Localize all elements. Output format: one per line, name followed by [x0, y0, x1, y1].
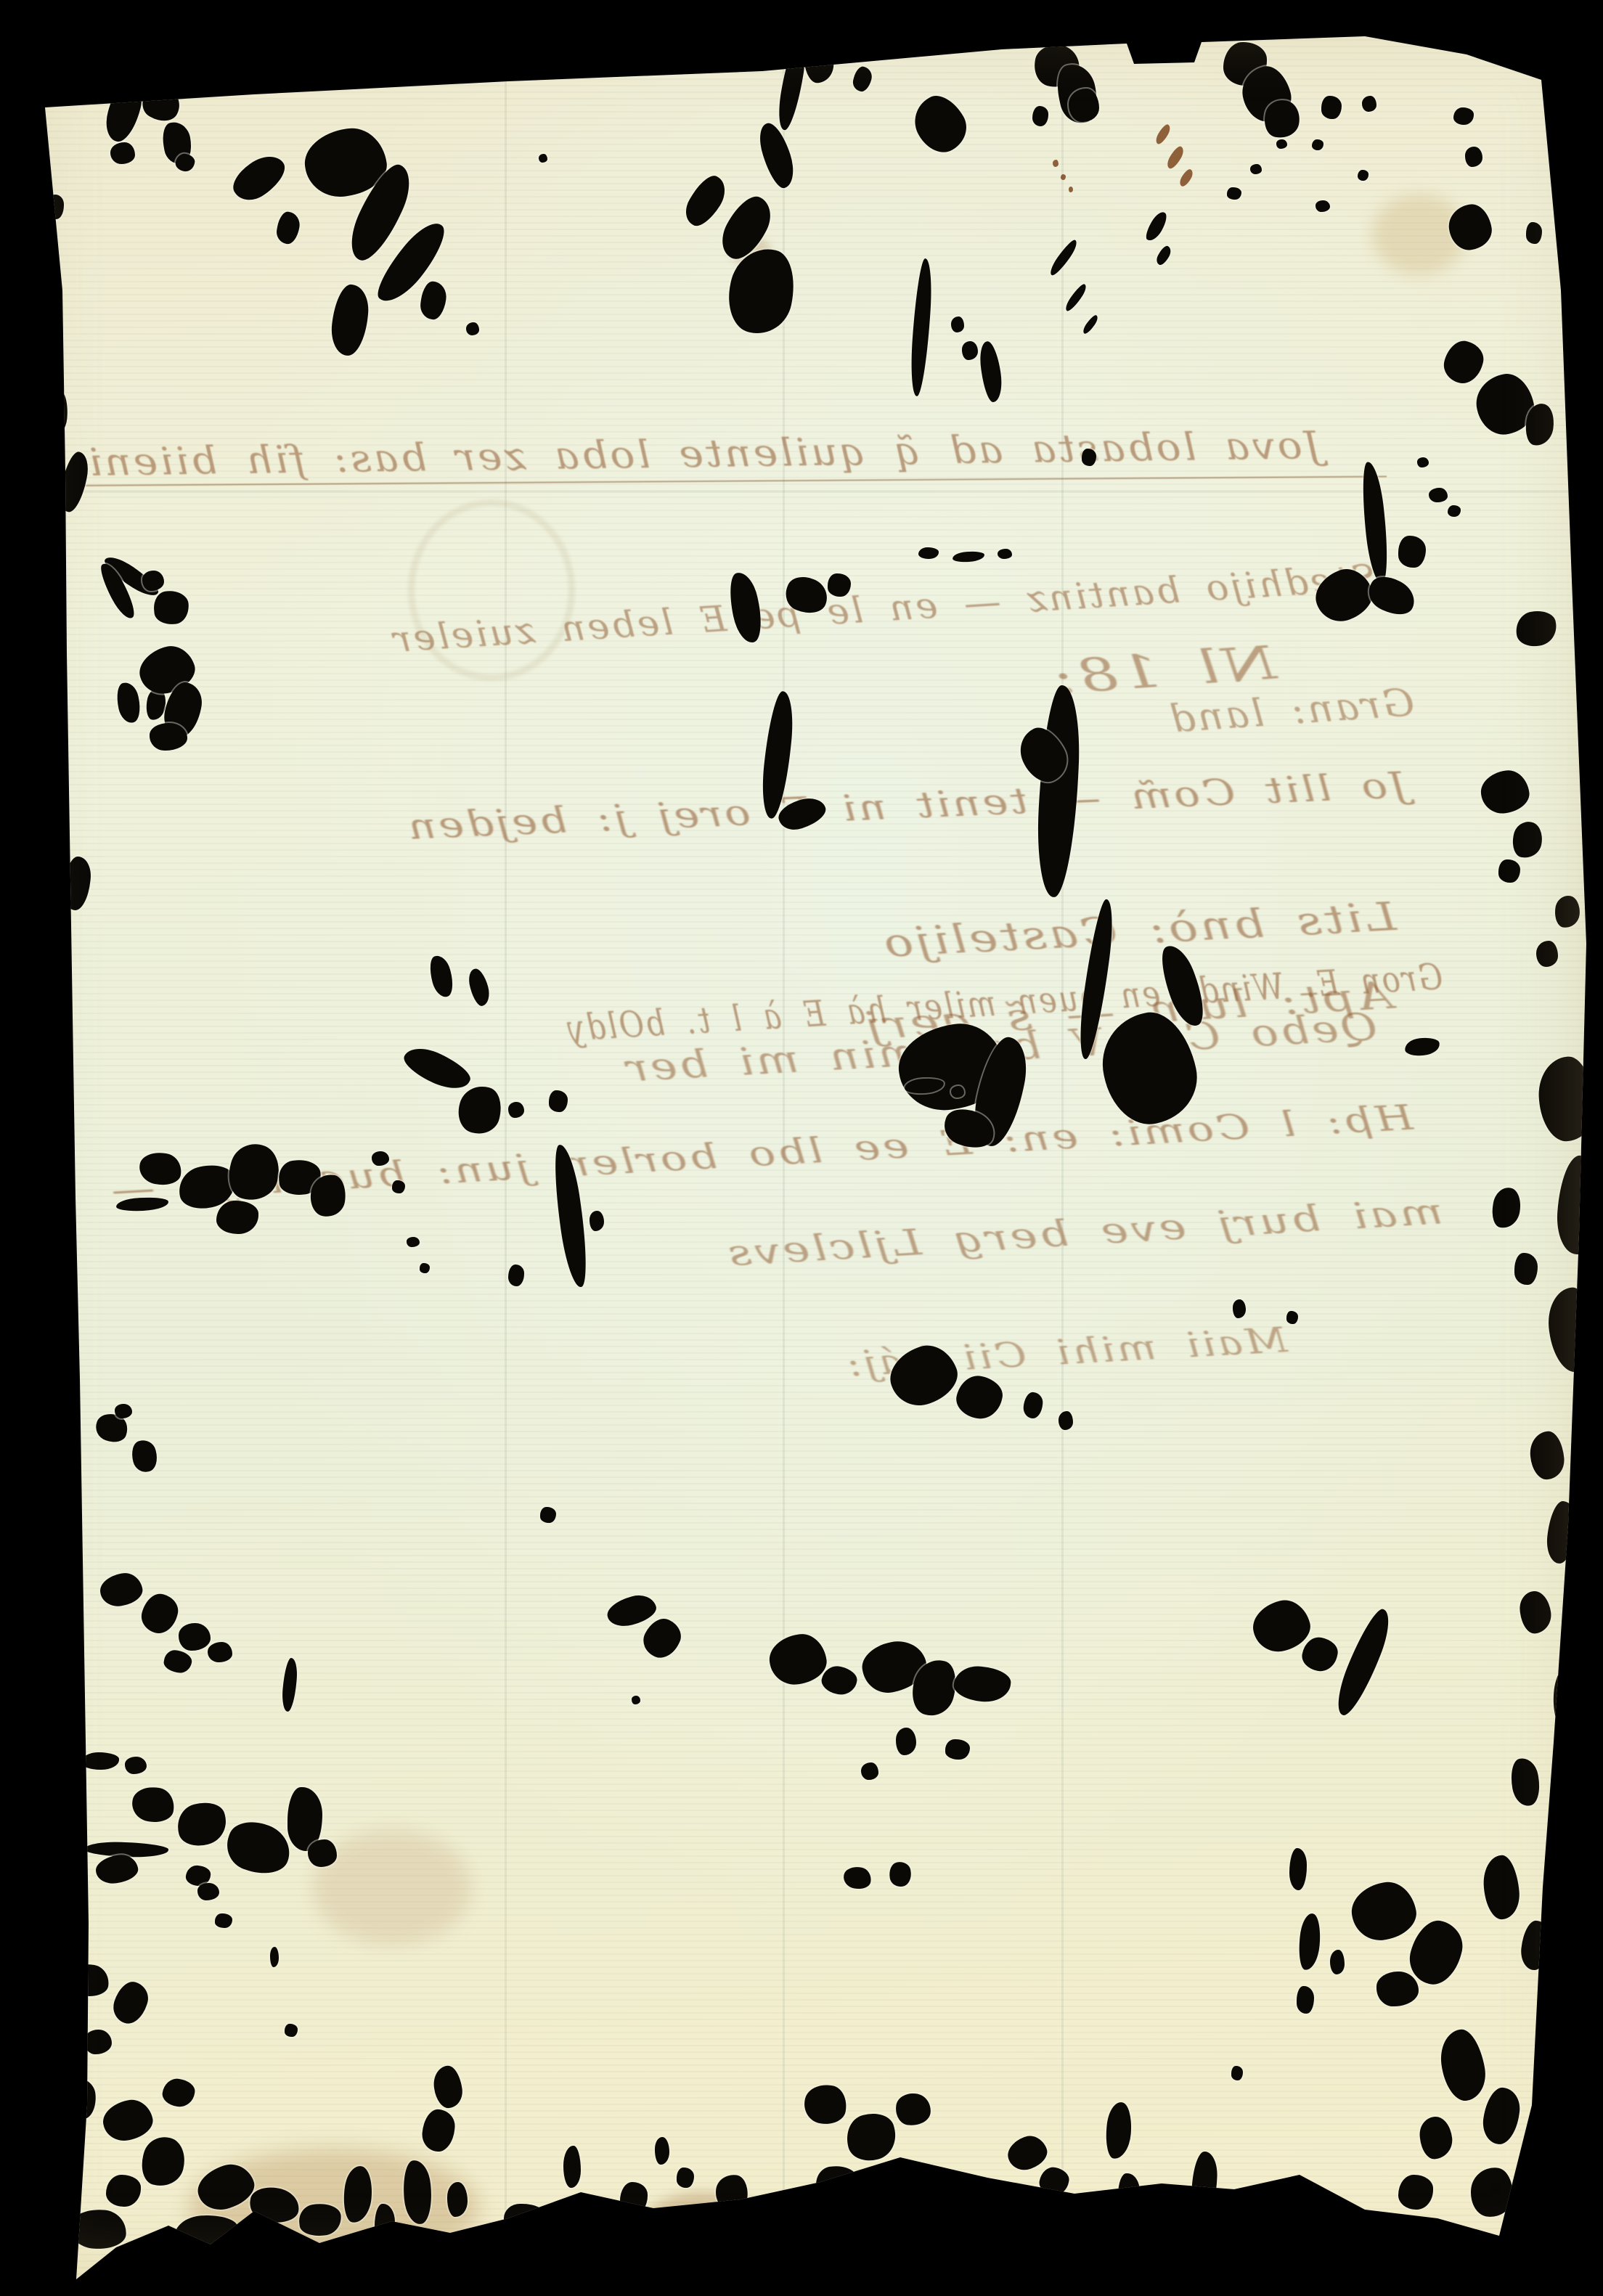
- damage-spot: [1286, 1311, 1298, 1324]
- damage-spot: [68, 2207, 128, 2250]
- damage-spot: [1018, 2240, 1038, 2268]
- damage-spot: [1508, 1756, 1543, 1808]
- damage-spot: [977, 340, 1004, 404]
- damage-spot: [1551, 1660, 1590, 1732]
- rust-speck: [1061, 174, 1066, 180]
- damage-spot: [270, 1947, 279, 1967]
- damage-spot: [803, 39, 836, 83]
- damage-spot: [421, 2108, 457, 2153]
- damage-spot: [864, 2170, 927, 2222]
- damage-spot: [620, 2182, 648, 2214]
- damage-spot: [590, 1211, 604, 1231]
- damage-spot: [466, 322, 479, 335]
- damage-spot: [142, 571, 164, 591]
- damage-spot: [431, 2064, 465, 2110]
- damage-spot: [91, 49, 151, 99]
- damage-spot: [98, 1570, 145, 1609]
- damage-spot: [1362, 96, 1376, 112]
- damage-spot: [743, 2202, 775, 2247]
- damage-spot: [1526, 222, 1542, 244]
- damage-spot: [655, 2137, 669, 2165]
- damage-spot: [767, 1631, 830, 1688]
- damage-spot: [137, 2133, 190, 2191]
- damage-spot: [1559, 1792, 1584, 1834]
- damage-spot: [1227, 187, 1241, 200]
- damage-spot: [106, 2175, 141, 2207]
- damage-spot: [1498, 859, 1520, 883]
- damage-spot: [1037, 2165, 1071, 2197]
- damage-spot: [1480, 2085, 1522, 2146]
- damage-spot: [99, 2096, 156, 2145]
- damage-spot: [1545, 1500, 1579, 1565]
- damage-spot: [908, 258, 934, 396]
- damage-spot: [1154, 244, 1173, 266]
- damage-spot: [1032, 106, 1048, 126]
- damage-spot: [1465, 147, 1482, 167]
- damage-spot: [815, 2165, 860, 2203]
- damage-spot: [1300, 1635, 1339, 1674]
- damage-spot: [466, 967, 493, 1008]
- damage-spot: [94, 1852, 140, 1886]
- damage-spot: [638, 1613, 686, 1663]
- damage-spot: [1086, 2247, 1104, 2268]
- damage-spot: [163, 1649, 194, 1675]
- bleedthrough-text: Jo llit Com̃ — tenit ni E orej j: bejden: [405, 764, 1408, 848]
- damage-spot: [951, 1086, 964, 1098]
- damage-spot: [81, 1752, 119, 1770]
- damage-spot: [110, 142, 135, 164]
- damage-spot: [109, 1978, 152, 2028]
- damage-spot: [1312, 139, 1323, 150]
- damage-spot: [677, 2168, 694, 2188]
- damage-spot: [1289, 1848, 1307, 1890]
- damage-spot: [1528, 1430, 1566, 1481]
- damage-spot: [1082, 449, 1096, 466]
- damage-spot: [1562, 86, 1584, 105]
- damage-spot: [1297, 1913, 1323, 1971]
- damage-spot: [1191, 2151, 1219, 2216]
- damage-spot: [101, 75, 147, 145]
- damage-spot: [65, 1961, 111, 1999]
- damage-spot: [61, 855, 93, 911]
- paper-stain: [312, 1829, 472, 1945]
- damage-spot: [1398, 536, 1426, 568]
- damage-spot: [540, 1507, 556, 1523]
- damage-spot: [887, 1860, 913, 1889]
- damage-spot: [38, 387, 70, 438]
- damage-spot: [1130, 2220, 1149, 2247]
- damage-spot: [1469, 2166, 1515, 2218]
- damage-spot: [1554, 895, 1581, 929]
- damage-spot: [208, 1642, 232, 1662]
- damage-spot: [179, 1623, 211, 1651]
- damage-spot: [274, 211, 301, 246]
- damage-spot: [1069, 89, 1099, 122]
- damage-spot: [114, 680, 144, 724]
- damage-spot: [1330, 1950, 1345, 1974]
- damage-spot: [59, 2076, 98, 2122]
- rust-speck: [1164, 144, 1186, 171]
- damage-spot: [801, 2081, 849, 2127]
- damage-spot: [1517, 1589, 1554, 1635]
- damage-spot: [896, 1728, 916, 1755]
- damage-spot: [1510, 820, 1545, 860]
- damage-spot: [447, 2182, 468, 2217]
- damage-spot: [150, 723, 187, 751]
- damage-spot: [1316, 200, 1330, 212]
- damage-spot: [220, 1814, 297, 1882]
- damage-spot: [861, 1762, 878, 1780]
- damage-spot: [1404, 1037, 1440, 1058]
- rust-speck: [1069, 187, 1073, 192]
- damage-spot: [1478, 768, 1531, 817]
- damage-spot: [918, 547, 939, 559]
- paper-stain: [639, 2192, 770, 2272]
- damage-spot: [1059, 1411, 1073, 1430]
- damage-spot: [945, 1739, 970, 1760]
- damage-spot: [921, 2201, 968, 2242]
- damage-spot: [420, 1263, 430, 1273]
- damage-spot: [1048, 237, 1080, 278]
- damage-spot: [1118, 2173, 1140, 2215]
- rust-speck: [1053, 160, 1059, 167]
- damage-spot: [563, 2146, 581, 2188]
- bleedthrough-text-line: Jova lobasta ad q̃ quilente loba zer bas…: [86, 424, 1321, 509]
- damage-spot: [115, 1404, 132, 1418]
- damage-spot: [407, 1237, 420, 1247]
- damage-spot: [1034, 685, 1082, 898]
- damage-spot: [1554, 1154, 1603, 1256]
- damage-spot: [1429, 488, 1448, 502]
- damage-spot: [1398, 2175, 1433, 2210]
- damage-spot: [1535, 1055, 1598, 1143]
- damage-spot: [1453, 107, 1474, 125]
- manuscript-page: Jova lobasta ad q̃ quilente loba zer bas…: [0, 0, 1603, 2296]
- damage-spot: [1520, 1919, 1552, 1972]
- scanned-document: Jova lobasta ad q̃ quilente loba zer bas…: [0, 0, 1603, 2296]
- damage-spot: [1321, 96, 1342, 119]
- damage-spot: [1543, 1285, 1603, 1375]
- damage-spot: [951, 316, 964, 332]
- damage-spot: [84, 2030, 112, 2054]
- bleedthrough-text: mai burj eve berg Ljlclevs: [725, 1190, 1444, 1275]
- damage-spot: [549, 1090, 568, 1112]
- damage-spot: [842, 1865, 873, 1891]
- damage-spot: [42, 282, 55, 302]
- damage-spot: [1201, 2231, 1223, 2259]
- damage-spot: [173, 1797, 232, 1851]
- damage-spot: [285, 2024, 298, 2037]
- damage-spot: [161, 2077, 197, 2109]
- damage-spot: [998, 549, 1012, 559]
- damage-spot: [1233, 1299, 1246, 1318]
- damage-spot: [329, 283, 371, 357]
- damage-spot: [48, 195, 64, 219]
- damage-spot: [125, 1757, 147, 1774]
- damage-spot: [828, 573, 851, 597]
- damage-spot: [953, 550, 985, 563]
- damage-spot: [539, 154, 547, 163]
- bleedthrough-text: Lits bnò: Castelijo: [881, 894, 1398, 966]
- damage-spot: [129, 1437, 160, 1474]
- damage-spot: [1436, 2027, 1490, 2104]
- damage-spot: [1489, 1185, 1523, 1230]
- damage-spot: [392, 1180, 405, 1193]
- damage-spot: [1063, 282, 1088, 314]
- damage-spot: [1549, 2065, 1580, 2150]
- damage-spot: [1448, 505, 1461, 517]
- bleedthrough-text-line: Jo llit Com̃ — tenit ni E orej j: bejden: [405, 764, 1409, 871]
- damage-spot: [632, 1696, 640, 1704]
- damage-spot: [1418, 2115, 1454, 2160]
- damage-spot: [894, 2092, 932, 2127]
- damage-spot: [504, 2204, 546, 2231]
- damage-spot: [1513, 608, 1559, 650]
- damage-spot: [962, 341, 978, 360]
- damage-spot: [1361, 2217, 1406, 2247]
- damage-spot: [453, 1082, 506, 1139]
- damage-spot: [953, 1664, 1012, 1704]
- damage-spot: [1250, 164, 1262, 174]
- damage-spot: [1514, 1253, 1538, 1285]
- damage-spot: [197, 1883, 219, 1900]
- damage-spot: [1104, 2101, 1134, 2160]
- damage-spot: [215, 1913, 232, 1928]
- damage-spot: [1358, 170, 1369, 181]
- damage-spot: [129, 1784, 176, 1825]
- damage-spot: [375, 2204, 395, 2246]
- damage-spot: [1347, 1878, 1420, 1945]
- damage-spot: [1330, 1605, 1397, 1720]
- damage-spot: [372, 1151, 389, 1166]
- damage-spot: [1417, 457, 1429, 467]
- damage-spot: [1440, 337, 1487, 387]
- damage-spot: [851, 65, 874, 93]
- damage-spot: [308, 1839, 337, 1867]
- damage-spot: [508, 1102, 524, 1118]
- damage-spot: [820, 1663, 860, 1697]
- damage-spot: [1143, 209, 1170, 243]
- bleedthrough-text-line: mai burj eve berg Ljlclevs: [724, 1190, 1445, 1298]
- damage-spot: [1003, 2131, 1051, 2175]
- damage-spot: [216, 1201, 258, 1234]
- bleedthrough-text: Jova lobasta ad q̃ quilente loba zer bas…: [86, 424, 1321, 485]
- damage-spot: [1376, 1972, 1419, 2006]
- damage-spot: [1536, 941, 1558, 967]
- damage-spot: [679, 171, 732, 232]
- damage-spot: [426, 953, 457, 999]
- damage-spot: [714, 2173, 749, 2211]
- damage-spot: [281, 1657, 298, 1712]
- damage-spot: [399, 1041, 475, 1097]
- damage-spot: [138, 1590, 181, 1638]
- damage-spot: [419, 280, 449, 321]
- damage-spot: [841, 2108, 901, 2165]
- damage-spot: [775, 37, 809, 132]
- damage-spot: [508, 1265, 524, 1286]
- damage-spot: [1481, 1854, 1521, 1921]
- damage-spot: [1081, 314, 1099, 335]
- damage-spot: [1297, 1986, 1314, 2014]
- damage-spot: [227, 148, 292, 208]
- damage-spot: [174, 2214, 239, 2252]
- damage-spot: [1276, 139, 1287, 149]
- damage-spot: [152, 589, 190, 626]
- damage-spot: [136, 80, 186, 128]
- rust-speck: [1178, 168, 1194, 189]
- rust-speck: [1154, 123, 1172, 146]
- damage-spot: [1231, 2066, 1243, 2080]
- damage-spot: [905, 88, 975, 161]
- damage-spot: [754, 120, 800, 192]
